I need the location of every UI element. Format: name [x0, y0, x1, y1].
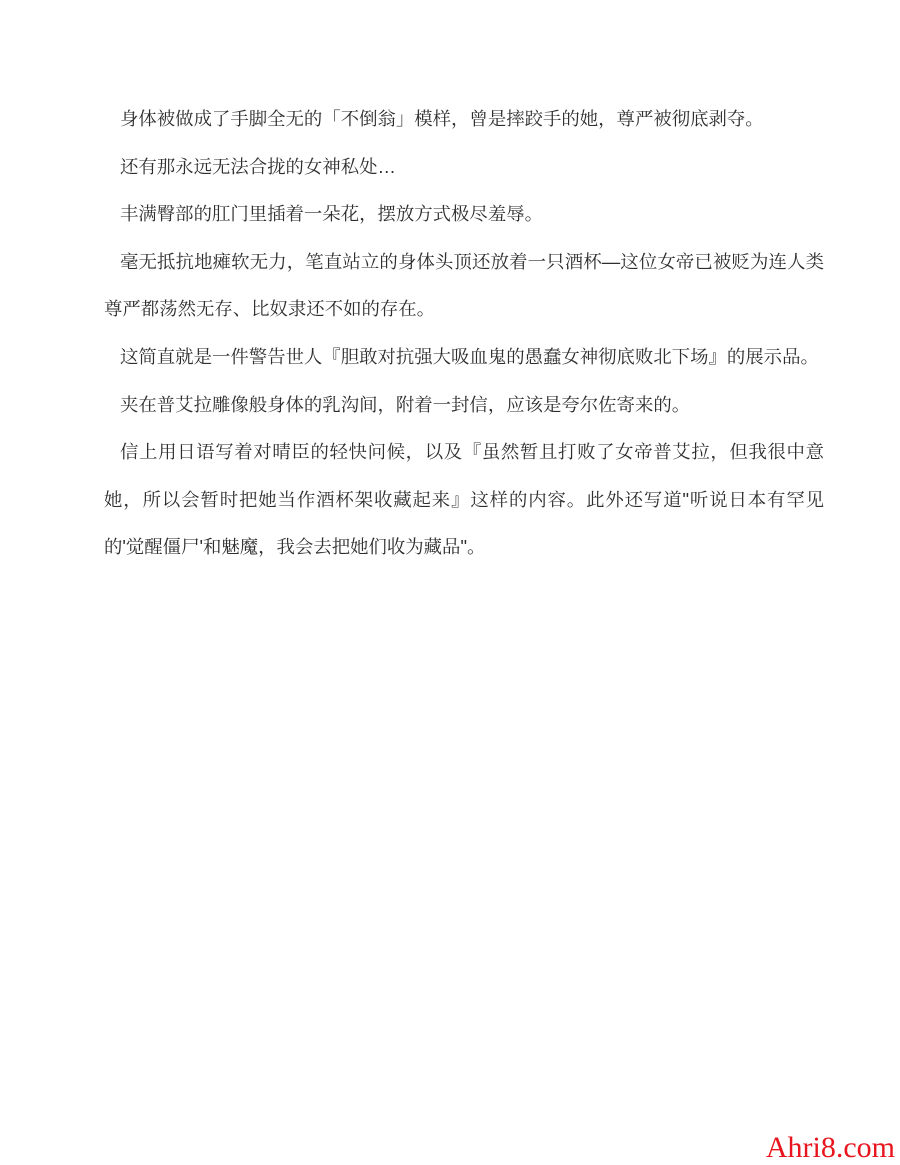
novel-text-body: 身体被做成了手脚全无的「不倒翁」模样，曾是摔跤手的她，尊严被彻底剥夺。 还有那永…	[0, 0, 900, 571]
paragraph: 丰满臀部的肛门里插着一朵花，摆放方式极尽羞辱。	[104, 190, 824, 238]
site-watermark: Ahri8.com	[766, 1133, 895, 1163]
paragraph: 身体被做成了手脚全无的「不倒翁」模样，曾是摔跤手的她，尊严被彻底剥夺。	[104, 95, 824, 143]
paragraph: 夹在普艾拉雕像般身体的乳沟间，附着一封信，应该是夸尔佐寄来的。	[104, 381, 824, 429]
document-page: 身体被做成了手脚全无的「不倒翁」模样，曾是摔跤手的她，尊严被彻底剥夺。 还有那永…	[0, 0, 900, 1165]
paragraph: 信上用日语写着对晴臣的轻快问候，以及『虽然暂且打败了女帝普艾拉，但我很中意她，所…	[104, 428, 824, 571]
paragraph: 这简直就是一件警告世人『胆敢对抗强大吸血鬼的愚蠢女神彻底败北下场』的展示品。	[104, 333, 824, 381]
paragraph: 毫无抵抗地瘫软无力，笔直站立的身体头顶还放着一只酒杯—这位女帝已被贬为连人类尊严…	[104, 238, 824, 333]
paragraph: 还有那永远无法合拢的女神私处…	[104, 143, 824, 191]
